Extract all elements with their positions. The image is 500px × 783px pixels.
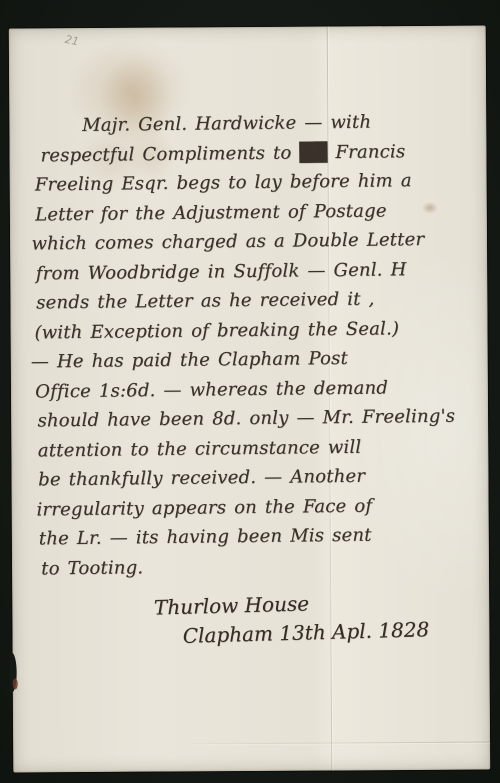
paper-edge-spot <box>13 678 18 689</box>
pencil-annotation: 21 <box>64 33 80 49</box>
letter-page: 21 Majr. Genl. Hardwicke — withrespectfu… <box>9 26 491 773</box>
fold-crease-horizontal <box>193 742 490 745</box>
letter-line: should have been 8d. only — Mr. Freeling… <box>37 401 474 435</box>
letter-line: respectful Compliments to ██ Francis <box>40 136 471 170</box>
letter-body-lines: Majr. Genl. Hardwicke — withrespectful C… <box>34 107 476 584</box>
letter-line: to Tooting. <box>41 549 476 583</box>
letter-line: Majr. Genl. Hardwicke — with <box>82 107 471 141</box>
letter-closing: Thurlow House Clapham 13th Apl. 1828 <box>12 587 490 653</box>
closing-date: Clapham 13th Apl. 1828 <box>182 616 490 648</box>
photo-background: 21 Majr. Genl. Hardwicke — withrespectfu… <box>0 0 500 783</box>
closing-place: Thurlow House <box>154 587 490 620</box>
letter-line: which comes charged as a Double Letter <box>31 224 472 259</box>
letter-line: Freeling Esqr. begs to lay before him a <box>35 165 472 199</box>
